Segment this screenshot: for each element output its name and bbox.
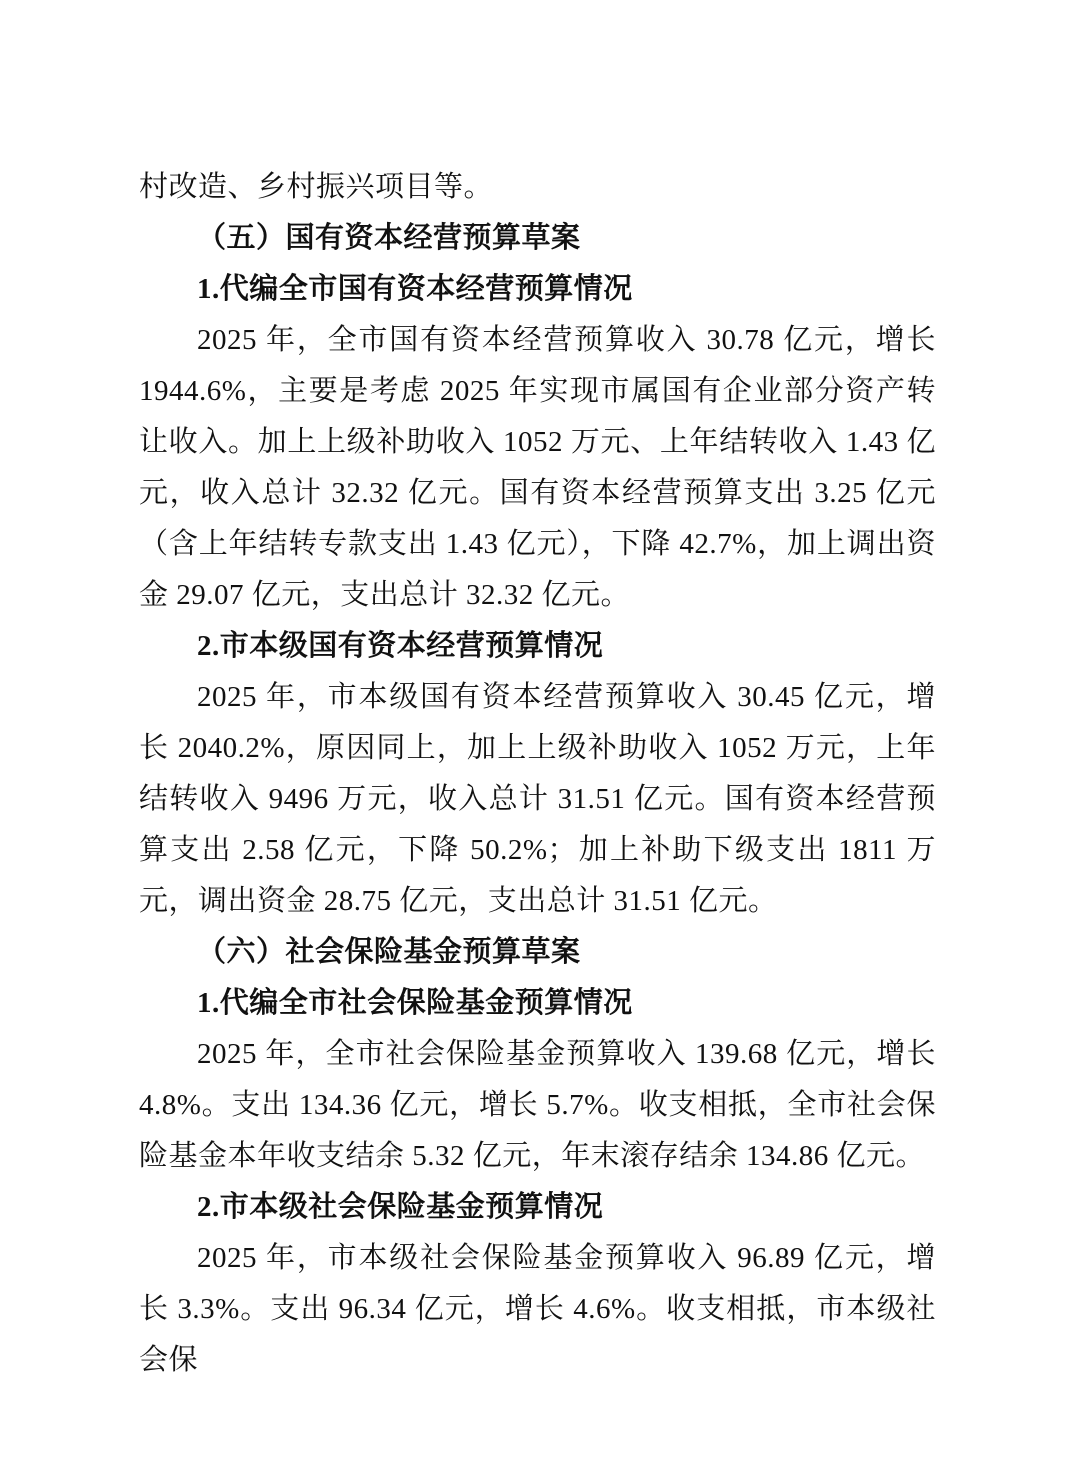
subheading-citywide-social-insurance: 1.代编全市社会保险基金预算情况: [139, 978, 936, 1029]
paragraph-citywide-social-insurance: 2025 年，全市社会保险基金预算收入 139.68 亿元，增长 4.8%。支出…: [139, 1029, 936, 1182]
document-page: 村改造、乡村振兴项目等。 （五）国有资本经营预算草案 1.代编全市国有资本经营预…: [139, 162, 936, 1386]
section-heading-social-insurance-budget: （六）社会保险基金预算草案: [139, 927, 936, 978]
subheading-city-level-state-capital: 2.市本级国有资本经营预算情况: [139, 621, 936, 672]
paragraph-citywide-state-capital: 2025 年，全市国有资本经营预算收入 30.78 亿元，增长 1944.6%，…: [139, 315, 936, 621]
subheading-citywide-state-capital: 1.代编全市国有资本经营预算情况: [139, 264, 936, 315]
paragraph-city-level-state-capital: 2025 年，市本级国有资本经营预算收入 30.45 亿元，增长 2040.2%…: [139, 672, 936, 927]
section-heading-state-capital-budget: （五）国有资本经营预算草案: [139, 213, 936, 264]
paragraph-city-level-social-insurance: 2025 年，市本级社会保险基金预算收入 96.89 亿元，增长 3.3%。支出…: [139, 1233, 936, 1386]
paragraph-continued-rural-projects: 村改造、乡村振兴项目等。: [139, 162, 936, 213]
subheading-city-level-social-insurance: 2.市本级社会保险基金预算情况: [139, 1182, 936, 1233]
